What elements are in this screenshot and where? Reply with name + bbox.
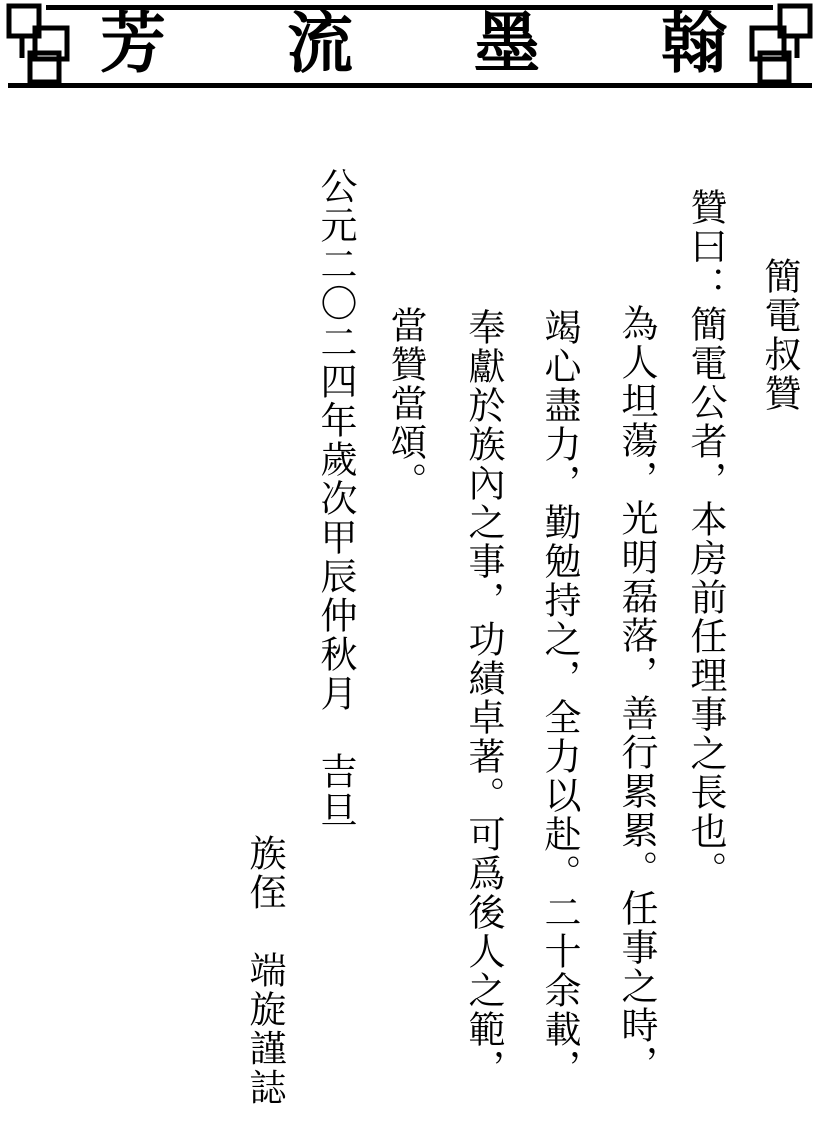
- banner-char: 翰: [661, 12, 727, 78]
- signature-column: 族侄 端旋謹誌: [244, 834, 282, 1107]
- banner-char: 墨: [474, 12, 540, 78]
- banner-char: 芳: [100, 12, 166, 78]
- eulogy-title-column: 簡電叔贊: [759, 257, 797, 413]
- eulogy-text-column: 奉獻於族內之事，功績卓著。可爲後人之範，: [463, 308, 501, 1088]
- banner-border-bottom: [8, 83, 812, 88]
- chinese-knot-icon: [725, 1, 817, 93]
- chinese-knot-icon: [2, 1, 94, 93]
- banner-char: 流: [287, 12, 353, 78]
- eulogy-text-column: 當贊當頌。: [385, 306, 423, 501]
- eulogy-text-column: 贊曰：簡電公者，本房前任理事之長也。: [685, 188, 723, 890]
- date-column: 公元二〇二四年歲次甲辰仲秋月 吉旦: [315, 167, 353, 830]
- document-page: 芳 流 墨 翰 簡電叔贊 贊曰：簡電公者，本房前任理事之長也。 為人坦蕩，光明磊…: [0, 0, 819, 1147]
- banner-title: 芳 流 墨 翰: [100, 8, 727, 82]
- eulogy-text-column: 竭心盡力，勤勉持之，全力以赴。二十余載，: [539, 308, 577, 1088]
- eulogy-text-column: 為人坦蕩，光明磊落，善行累累。任事之時，: [616, 304, 654, 1084]
